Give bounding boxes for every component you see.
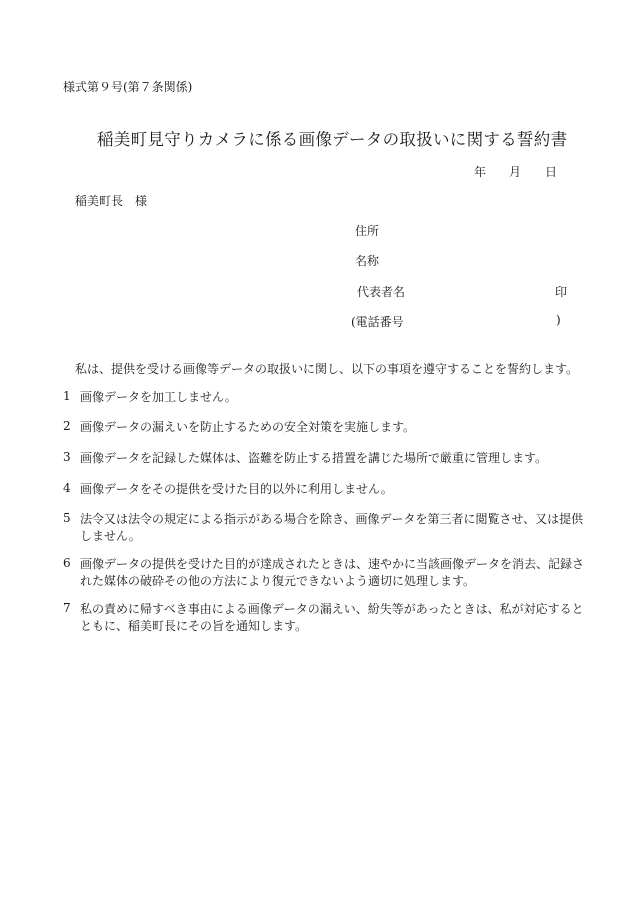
item-number: 6 (63, 556, 71, 570)
item-number: 1 (63, 389, 71, 403)
item-text: 画像データを加工しません。 (80, 389, 585, 406)
addressee: 稲美町長 様 (75, 192, 147, 209)
seal-mark: 印 (555, 283, 567, 300)
item-text: 法令又は法令の規定による指示がある場合を除き、画像データを第三者に閲覧させ、又は… (80, 511, 585, 545)
item-text: 画像データの提供を受けた目的が達成されたときは、速やかに当該画像データを消去、記… (80, 556, 585, 590)
item-number: 3 (63, 450, 71, 464)
item-number: 2 (63, 419, 71, 433)
date-year-label: 年 (474, 163, 486, 180)
phone-close-paren: ) (556, 313, 561, 327)
item-number: 5 (63, 511, 71, 525)
item-text: 私の責めに帰すべき事由による画像データの漏えい、紛失等があったときは、私が対応す… (80, 601, 585, 635)
representative-label: 代表者名 (357, 283, 405, 300)
item-text: 画像データの漏えいを防止するための安全対策を実施します。 (80, 419, 585, 436)
date-month-label: 月 (509, 163, 521, 180)
item-number: 4 (63, 481, 71, 495)
form-number: 様式第９号(第７条関係) (63, 78, 192, 95)
item-text: 画像データをその提供を受けた目的以外に利用しません。 (80, 481, 585, 498)
item-text: 画像データを記録した媒体は、盗難を防止する措置を講じた場所で厳重に管理します。 (80, 450, 585, 467)
date-day-label: 日 (545, 163, 557, 180)
item-number: 7 (63, 601, 71, 615)
intro-paragraph: 私は、提供を受ける画像等データの取扱いに関し、以下の事項を遵守することを誓約しま… (75, 360, 578, 377)
name-label: 名称 (355, 252, 379, 269)
phone-label: (電話番号 (351, 313, 404, 330)
address-label: 住所 (355, 222, 379, 239)
document-title: 稲美町見守りカメラに係る画像データの取扱いに関する誓約書 (97, 126, 567, 150)
